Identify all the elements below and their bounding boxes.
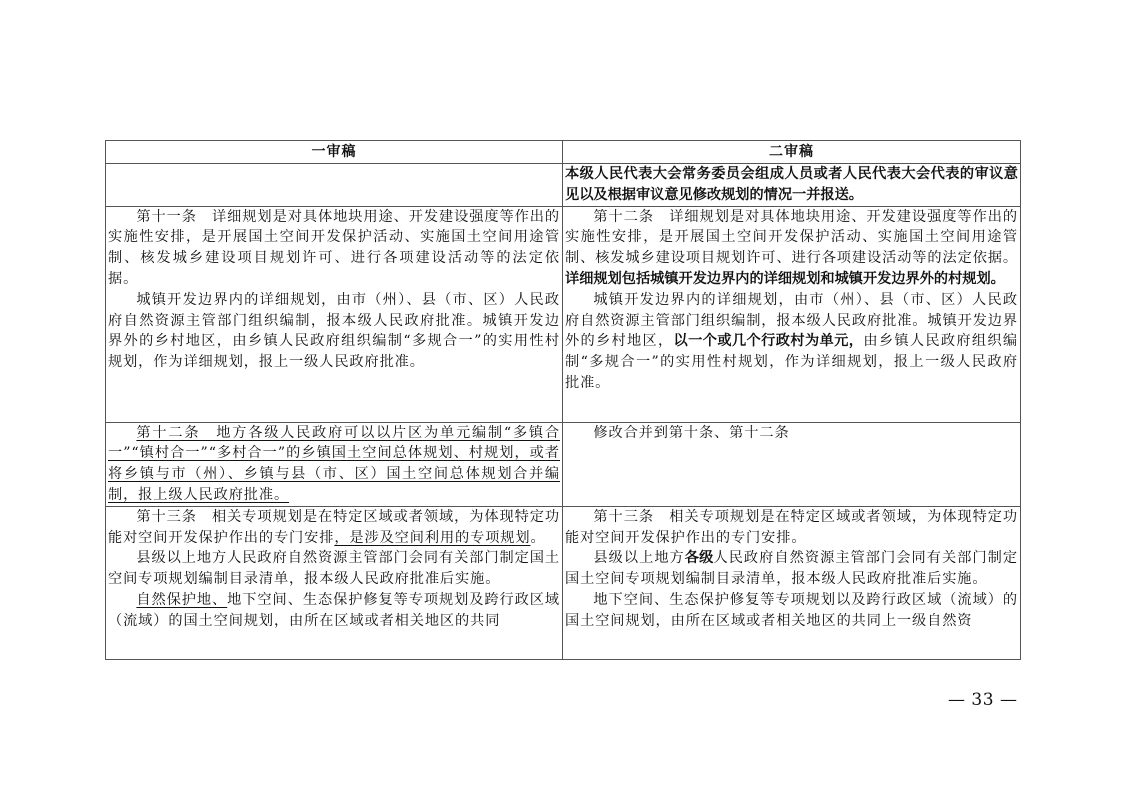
added-text: 以一个或几个行政村为单元， [674, 333, 864, 349]
cell-first-draft: 第十三条 相关专项规划是在特定区域或者领域，为体现特定功能对空间开发保护作出的专… [106, 506, 563, 659]
cell-second-draft: 第十三条 相关专项规划是在特定区域或者领域，为体现特定功能对空间开发保护作出的专… [563, 506, 1021, 659]
cell-first-draft [106, 164, 563, 207]
paragraph: 本级人民代表大会常务委员会组成人员或者人民代表大会代表的审议意见以及根据审议意见… [565, 164, 1018, 206]
paragraph: 修改合并到第十条、第十二条 [565, 423, 1018, 444]
paragraph: 第十一条 详细规划是对具体地块用途、开发建设强度等作出的实施性安排，是开展国土空… [108, 207, 560, 290]
paragraph: 县级以上地方人民政府自然资源主管部门会同有关部门制定国土空间专项规划编制目录清单… [108, 548, 560, 590]
text-segment: 城镇开发边界内的详细规划，由市（州）、县（市、区）人民政府自然资源主管部门组织编… [108, 292, 560, 370]
table-row: 本级人民代表大会常务委员会组成人员或者人民代表大会代表的审议意见以及根据审议意见… [106, 164, 1021, 207]
added-text: 本级人民代表大会常务委员会组成人员或者人民代表大会代表的审议意见以及根据审议意见… [565, 166, 1018, 203]
cell-first-draft: 第十二条 地方各级人民政府可以以片区为单元编制“多镇合一”“镇村合一”“多村合一… [106, 422, 563, 506]
text-segment: 第十一条 详细规划是对具体地块用途、开发建设强度等作出的实施性安排，是开展国土空… [108, 209, 560, 287]
text-segment: 。 [530, 530, 545, 546]
header-first-draft: 一审稿 [106, 141, 563, 164]
paragraph: 第十二条 地方各级人民政府可以以片区为单元编制“多镇合一”“镇村合一”“多村合一… [108, 423, 560, 506]
text-segment: 第十二条 详细规划是对具体地块用途、开发建设强度等作出的实施性安排，是开展国土空… [565, 209, 1018, 267]
deleted-text: ，是涉及空间利用的专项规划 [334, 530, 530, 546]
table-row: 第十二条 地方各级人民政府可以以片区为单元编制“多镇合一”“镇村合一”“多村合一… [106, 422, 1021, 506]
paragraph: 地下空间、生态保护修复等专项规划以及跨行政区域（流域）的国土空间规划，由所在区域… [565, 590, 1018, 632]
header-second-draft: 二审稿 [563, 141, 1021, 164]
table-row: 第十一条 详细规划是对具体地块用途、开发建设强度等作出的实施性安排，是开展国土空… [106, 206, 1021, 422]
cell-first-draft: 第十一条 详细规划是对具体地块用途、开发建设强度等作出的实施性安排，是开展国土空… [106, 206, 563, 422]
paragraph: 城镇开发边界内的详细规划，由市（州）、县（市、区）人民政府自然资源主管部门组织编… [565, 290, 1018, 394]
cell-second-draft: 第十二条 详细规划是对具体地块用途、开发建设强度等作出的实施性安排，是开展国土空… [563, 206, 1021, 422]
text-segment: 县级以上地方人民政府自然资源主管部门会同有关部门制定国土空间专项规划编制目录清单… [108, 550, 560, 587]
text-segment: 修改合并到第十条、第十二条 [593, 425, 789, 441]
text-segment: 县级以上地方 [593, 550, 684, 566]
paragraph: 自然保护地、地下空间、生态保护修复等专项规划及跨行政区域（流域）的国土空间规划，… [108, 590, 560, 632]
paragraph: 第十二条 详细规划是对具体地块用途、开发建设强度等作出的实施性安排，是开展国土空… [565, 207, 1018, 290]
added-text: 各级 [685, 550, 714, 566]
cell-second-draft: 修改合并到第十条、第十二条 [563, 422, 1021, 506]
deleted-text: 自然保护地、 [136, 592, 227, 608]
paragraph: 城镇开发边界内的详细规划，由市（州）、县（市、区）人民政府自然资源主管部门组织编… [108, 290, 560, 373]
text-segment: 地下空间、生态保护修复等专项规划以及跨行政区域（流域）的国土空间规划，由所在区域… [565, 592, 1018, 629]
paragraph: 县级以上地方各级人民政府自然资源主管部门会同有关部门制定国土空间专项规划编制目录… [565, 548, 1018, 590]
cell-second-draft: 本级人民代表大会常务委员会组成人员或者人民代表大会代表的审议意见以及根据审议意见… [563, 164, 1021, 207]
deleted-text: 第十二条 地方各级人民政府可以以片区为单元编制“多镇合一”“镇村合一”“多村合一… [108, 425, 560, 503]
document-page: 一审稿 二审稿 本级人民代表大会常务委员会组成人员或者人民代表大会代表的审议意见… [0, 0, 1122, 793]
page-number: — 33 — [948, 690, 1017, 710]
added-text: 详细规划包括城镇开发边界内的详细规划和城镇开发边界外的村规划。 [565, 271, 1005, 287]
paragraph: 第十三条 相关专项规划是在特定区域或者领域，为体现特定功能对空间开发保护作出的专… [565, 507, 1018, 549]
table-header-row: 一审稿 二审稿 [106, 141, 1021, 164]
paragraph: 第十三条 相关专项规划是在特定区域或者领域，为体现特定功能对空间开发保护作出的专… [108, 507, 560, 549]
comparison-table: 一审稿 二审稿 本级人民代表大会常务委员会组成人员或者人民代表大会代表的审议意见… [105, 140, 1021, 660]
text-segment: 第十三条 相关专项规划是在特定区域或者领域，为体现特定功能对空间开发保护作出的专… [565, 509, 1018, 546]
table-row: 第十三条 相关专项规划是在特定区域或者领域，为体现特定功能对空间开发保护作出的专… [106, 506, 1021, 659]
